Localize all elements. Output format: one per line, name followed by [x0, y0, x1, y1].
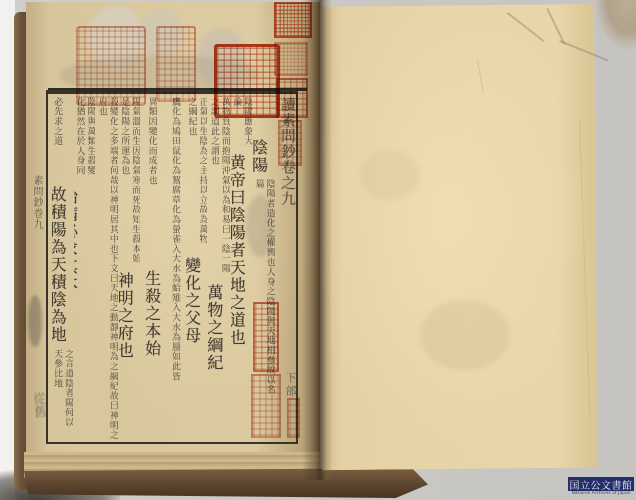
main-text: 治病必求其本 — [74, 188, 79, 293]
ornate-meander-seal-faded — [274, 42, 308, 76]
book-cover-bottom-edge — [24, 468, 428, 498]
archive-stamp-ja: 国立公文書館 — [570, 477, 633, 491]
commentary-text: 鷹化為鳩田鼠化為鴽腐草化為螢雀入大水為蛤雉入大水為蜃如此皆 — [169, 97, 180, 441]
main-text: 萬物之綱紀 — [208, 284, 224, 372]
text-column: 異類因變化而成者也 生殺之本始 寒暑之用也萬物假 — [141, 97, 162, 441]
commentary-text: 陰陽與萬類生殺變化猶然在於人身同相參合故 — [74, 97, 95, 183]
edge-seal-upper — [276, 78, 308, 118]
bright-square-collector-seal — [214, 44, 280, 118]
archive-stamp: 国立公文書館 — [568, 477, 634, 491]
main-text: 變化之父母 — [186, 257, 202, 345]
mid-page-faded-seal — [251, 374, 281, 438]
main-text: 生殺之本始 — [142, 270, 163, 358]
commentary-text: 陽氣溫而生因陰氣寒而死故知生殺本始是陰陽之所運為也 — [119, 97, 140, 267]
ornate-meander-seal-top — [274, 2, 312, 38]
mid-page-bright-seal — [253, 302, 279, 372]
commentary-text: 異類因變化而成者也 — [146, 97, 157, 265]
commentary-text: 之言道陰者陽何以天參比地 — [52, 349, 73, 429]
main-text: 神明之府也 — [119, 272, 135, 360]
banxin-title: 素問鈔巻九 — [29, 175, 44, 265]
handwritten-margin-note-left: 從舊 — [28, 391, 50, 432]
main-text: 故積陽為天積陰為地 — [52, 186, 68, 344]
book-scan-scene: 讀素問鈔卷之九 陰陽 陰陽者造化之權輿也人身之陰陽與天地相參故以名篇 陰陽應象大… — [0, 0, 636, 500]
text-column: 正氣以生陰為之主持以立故為萬物之綱紀也 變化之父母 異類之用也何者然 — [186, 97, 207, 441]
text-column: 陰陽應象大論 黄帝曰陰陽者天地之道也 謂變化生成之道也老子曰 — [231, 97, 252, 441]
commentary-text: 必先求之道 — [52, 97, 62, 181]
text-column: 鷹化為鳩田鼠化為鴽腐草化為螢雀入大水為蛤雉入大水為蜃如此皆 — [164, 97, 185, 441]
text-column: 陰陽與萬類生殺變化猶然在於人身同相參合故 治病必求其本 同相參合故治病之 — [74, 97, 95, 441]
text-column: 陽氣溫而生因陰氣寒而死故知生殺本始是陰陽之所運為也 神明之府也 府宮府也言所以生 — [119, 97, 140, 441]
banxin-smudge — [28, 295, 42, 347]
narrow-faded-seal — [156, 26, 196, 102]
large-faded-collector-seal — [76, 26, 146, 106]
right-blank-page — [322, 4, 598, 472]
text-column: 必先求之道 故積陽為天積陰為地 之言道陰者陽何以天參比地 陰 — [52, 97, 73, 441]
scanner-edge-strip — [0, 0, 15, 500]
foxing-stain — [360, 150, 420, 200]
page-corner-curl — [595, 0, 636, 50]
main-text: 黄帝曰陰陽者天地之道也 — [231, 154, 247, 347]
commentary-text: 殺變化之多端者何哉以神明居其中也下文曰天地之動靜神明為之綱紀故曰神明之府也 — [96, 97, 117, 441]
foxing-stain — [420, 300, 510, 370]
edge-seal-lower — [278, 120, 302, 166]
section-heading: 陰陽 — [253, 139, 269, 174]
text-column: 殺變化之多端者何哉以神明居其中也下文曰天地之動靜神明為之綱紀故曰神明之府也 — [96, 97, 117, 441]
commentary-text: 萬物負陰而抱陽沖氣以為和易曰一陰一陽之謂道此之謂也 — [208, 97, 229, 279]
edge-seal-fragment — [287, 398, 300, 438]
archive-stamp-en: National Archives of Japan — [566, 491, 636, 498]
text-column: 萬物負陰而抱陽沖氣以為和易曰一陰一陽之謂道此之謂也 萬物之綱紀 滋生之用也陽與之 — [208, 97, 229, 441]
commentary-text: 正氣以生陰為之主持以立故為萬物之綱紀也 — [186, 97, 207, 252]
